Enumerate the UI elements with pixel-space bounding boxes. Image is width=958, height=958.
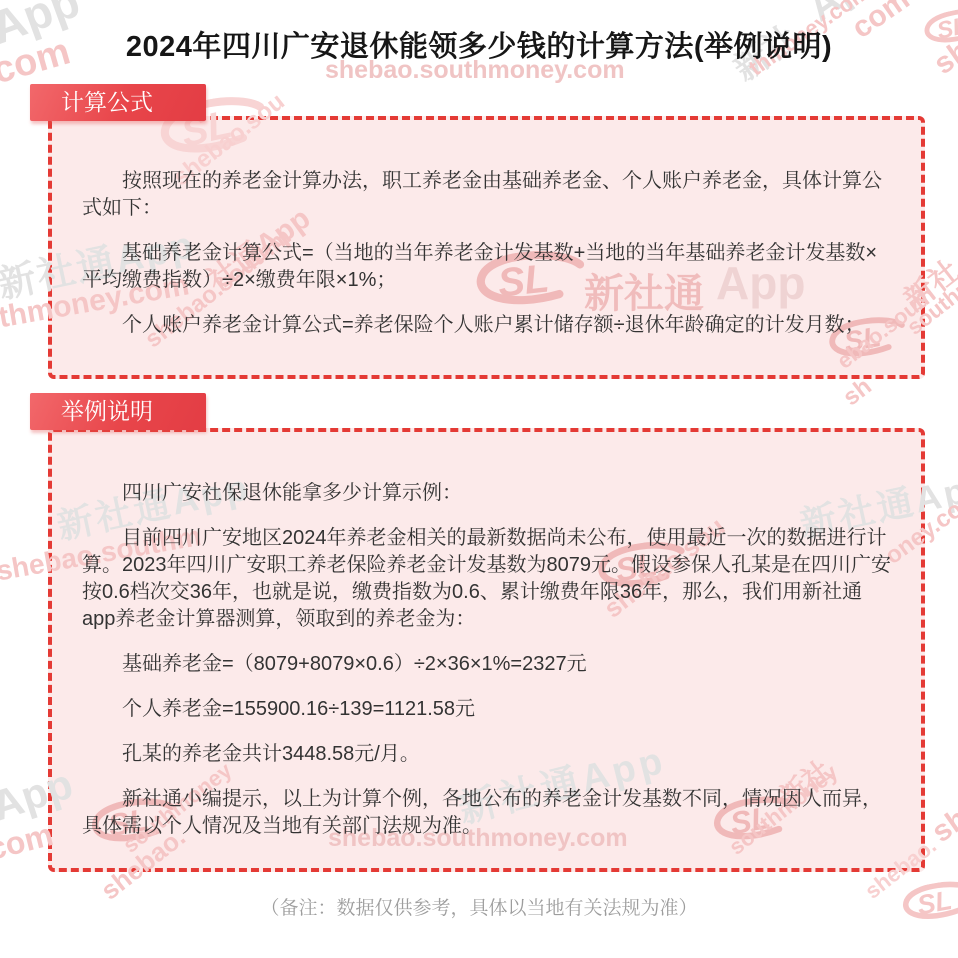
example-section-box: 四川广安社保退休能拿多少计算示例： 目前四川广安地区2024年养老金相关的最新数…	[48, 428, 925, 872]
paragraph: 四川广安社保退休能拿多少计算示例：	[82, 480, 891, 507]
paragraph: 目前四川广安地区2024年养老金相关的最新数据尚未公布，使用最近一次的数据进行计…	[82, 525, 891, 633]
paragraph: 孔某的养老金共计3448.58元/月。	[82, 741, 891, 768]
watermark-text: sh	[926, 802, 958, 850]
section-banner-label: 举例说明	[61, 398, 153, 424]
section-banner-formula: 计算公式	[30, 84, 206, 121]
article-page: 2024年四川广安退休能领多少钱的计算方法(举例说明) 计算公式 按照现在的养老…	[0, 0, 958, 958]
paragraph: 按照现在的养老金计算办法，职工养老金由基础养老金、个人账户养老金，具体计算公式如…	[82, 168, 891, 222]
page-title: 2024年四川广安退休能领多少钱的计算方法(举例说明)	[0, 24, 958, 65]
paragraph: 个人养老金=155900.16÷139=1121.58元	[82, 696, 891, 723]
section-banner-label: 计算公式	[61, 89, 153, 115]
paragraph: 基础养老金=（8079+8079×0.6）÷2×36×1%=2327元	[82, 651, 891, 678]
footer-note: （备注：数据仅供参考，具体以当地有关法规为准）	[0, 893, 958, 920]
formula-section-box: 按照现在的养老金计算办法，职工养老金由基础养老金、个人账户养老金，具体计算公式如…	[48, 116, 925, 379]
paragraph: 基础养老金计算公式=（当地的当年养老金计发基数+当地的当年基础养老金计发基数×平…	[82, 240, 891, 294]
paragraph: 个人账户养老金计算公式=养老保险个人账户累计储存额÷退休年龄确定的计发月数；	[82, 312, 891, 339]
paragraph: 新社通小编提示，以上为计算个例，各地公布的养老金计发基数不同，情况因人而异，具体…	[82, 786, 891, 840]
section-banner-example: 举例说明	[30, 393, 206, 430]
